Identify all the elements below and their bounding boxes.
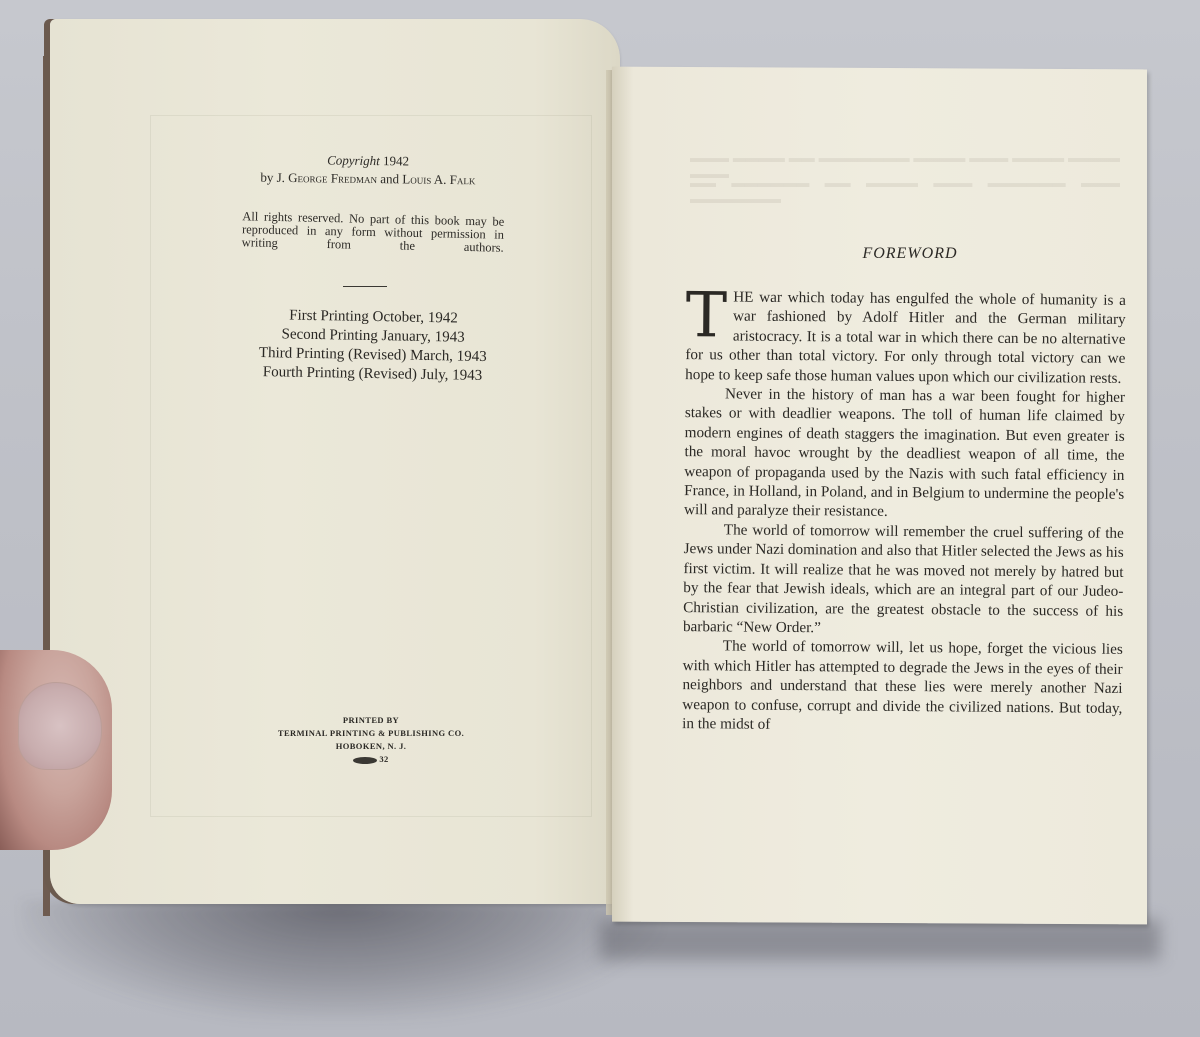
book-shadow-right <box>600 920 1160 960</box>
union-number: 32 <box>379 754 388 764</box>
author-2: Louis A. Falk <box>402 171 475 187</box>
copyright-block: Copyright 1942 by J. George Fredman and … <box>228 150 508 189</box>
authors-line: by J. George Fredman and Louis A. Falk <box>228 168 508 189</box>
author-1: J. George Fredman <box>277 170 378 186</box>
foreword-paragraph: The world of tomorrow will remember the … <box>683 520 1124 640</box>
authors-joiner: and <box>380 171 399 186</box>
union-label-icon <box>353 757 377 764</box>
printer-line-2: TERMINAL PRINTING & PUBLISHING CO. <box>236 727 506 740</box>
printing-history: First Printing October, 1942 Second Prin… <box>227 305 518 386</box>
copyright-label: Copyright <box>327 153 380 169</box>
drop-cap: T <box>685 289 727 341</box>
book-shadow-left <box>20 900 660 1020</box>
union-bug: 32 <box>236 753 506 766</box>
foreword-paragraph: The world of tomorrow will, let us hope,… <box>682 636 1123 737</box>
divider-rule <box>343 286 387 287</box>
foreword-paragraph: THE war which today has engulfed the who… <box>685 287 1126 388</box>
printer-line-1: PRINTED BY <box>236 714 506 727</box>
printer-imprint: PRINTED BY TERMINAL PRINTING & PUBLISHIN… <box>236 714 506 766</box>
foreword-paragraph: Never in the history of man has a war be… <box>684 384 1125 524</box>
foreword-title: FOREWORD <box>820 245 1000 263</box>
foreword-body: THE war which today has engulfed the who… <box>682 287 1126 737</box>
authors-prefix: by <box>260 170 273 185</box>
printer-line-3: HOBOKEN, N. J. <box>236 740 506 753</box>
bleed-through-text: ▬▬ ▬▬▬▬▬▬ ▬▬ ▬▬▬▬ ▬▬▬ ▬▬▬▬▬▬ ▬▬▬ ▬▬▬▬▬▬▬ <box>690 175 1120 207</box>
paragraph-text: HE war which today has engulfed the whol… <box>685 289 1126 387</box>
copyright-year: 1942 <box>383 153 409 168</box>
rights-notice: All rights reserved. No part of this boo… <box>242 210 505 254</box>
